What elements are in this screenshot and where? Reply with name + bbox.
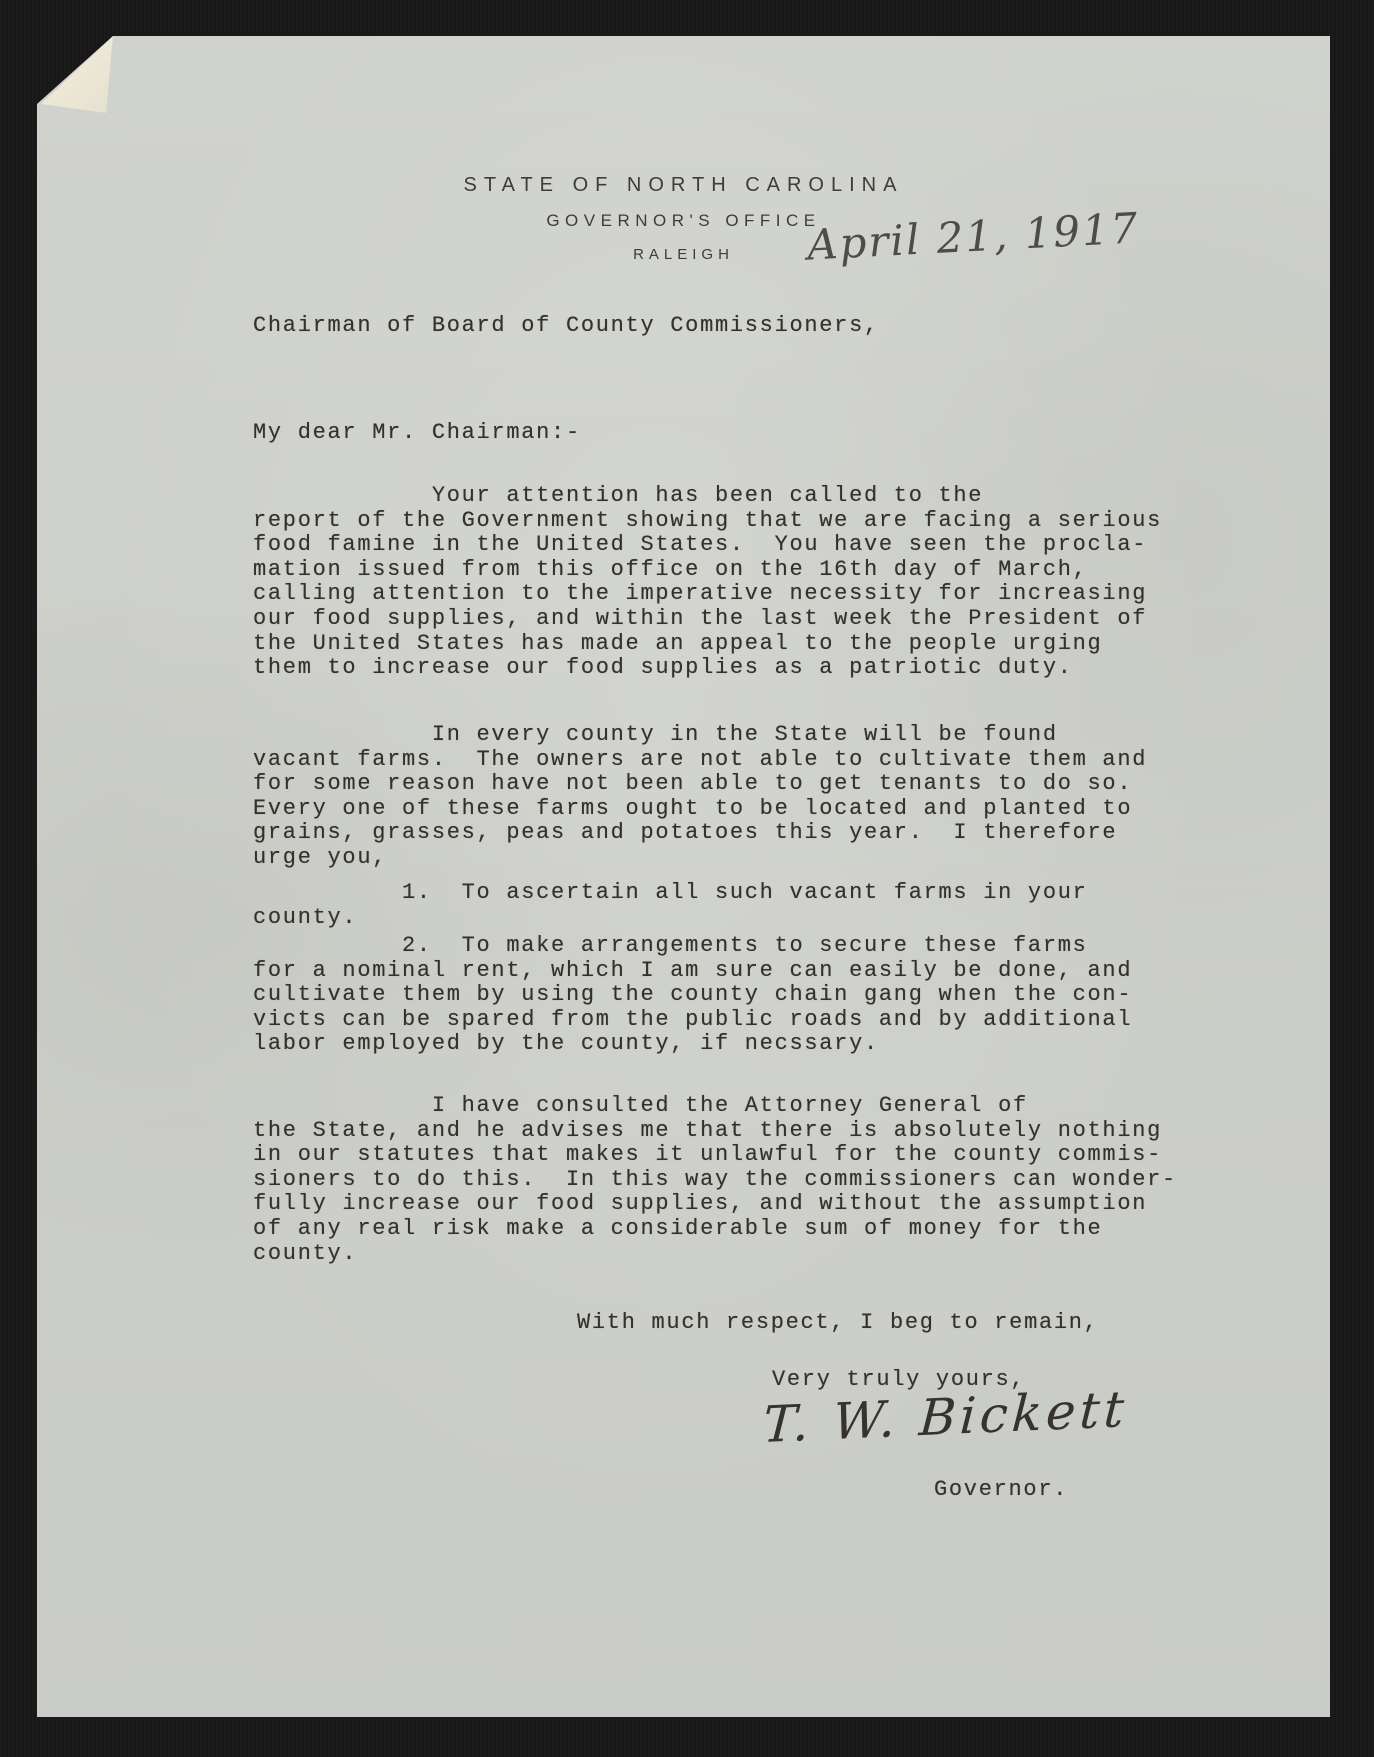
closing-respect-line: With much respect, I beg to remain, <box>577 1311 1099 1336</box>
letter-page: STATE OF NORTH CAROLINA GOVERNOR'S OFFIC… <box>37 36 1330 1717</box>
letterhead-state-line: STATE OF NORTH CAROLINA <box>37 174 1330 197</box>
body-paragraph-2: In every county in the State will be fou… <box>253 723 1147 871</box>
body-paragraph-3: I have consulted the Attorney General of… <box>253 1094 1177 1266</box>
numbered-item-1: 1. To ascertain all such vacant farms in… <box>253 881 1088 930</box>
scanned-letter-background: { "letterhead": { "line1": "STATE OF NOR… <box>0 0 1374 1757</box>
salutation-line: My dear Mr. Chairman:- <box>253 421 581 446</box>
recipient-line: Chairman of Board of County Commissioner… <box>253 314 879 339</box>
signer-title-line: Governor. <box>934 1478 1068 1503</box>
numbered-item-2: 2. To make arrangements to secure these … <box>253 934 1132 1057</box>
body-paragraph-1: Your attention has been called to the re… <box>253 484 1162 681</box>
